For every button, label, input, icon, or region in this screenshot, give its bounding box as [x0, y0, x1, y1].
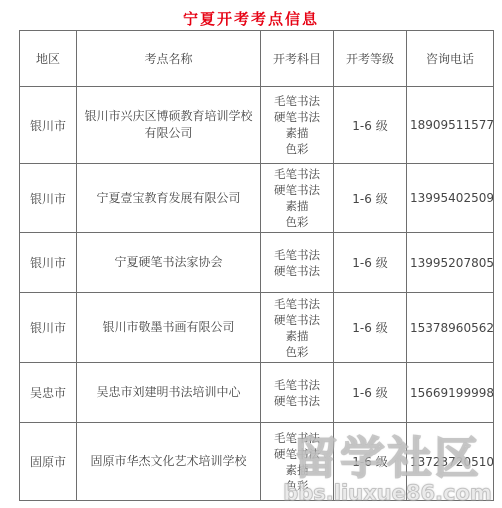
level-cell: 1-6 级 [334, 233, 407, 293]
site-name-cell: 银川市敬墨书画有限公司 [77, 293, 261, 363]
table-row: 银川市宁夏硬笔书法家协会毛笔书法硬笔书法1-6 级13995207805 [20, 233, 494, 293]
site-name-cell: 宁夏壹宝教育发展有限公司 [77, 164, 261, 233]
column-header-subjects: 开考科目 [261, 31, 334, 87]
subject-line: 毛笔书法 [264, 247, 330, 263]
phone-cell: 15378960562 [407, 293, 494, 363]
phone-cell: 13995402509 [407, 164, 494, 233]
level-cell: 1-6 级 [334, 423, 407, 501]
subject-line: 硬笔书法 [264, 312, 330, 328]
subjects-cell: 毛笔书法硬笔书法 [261, 233, 334, 293]
site-name-cell: 宁夏硬笔书法家协会 [77, 233, 261, 293]
column-header-level: 开考等级 [334, 31, 407, 87]
site-name-cell: 吴忠市刘建明书法培训中心 [77, 363, 261, 423]
exam-sites-table: 地区 考点名称 开考科目 开考等级 咨询电话 银川市银川市兴庆区博硕教育培训学校… [19, 30, 494, 501]
level-cell: 1-6 级 [334, 363, 407, 423]
table-header-row: 地区 考点名称 开考科目 开考等级 咨询电话 [20, 31, 494, 87]
subject-line: 素描 [264, 462, 330, 478]
column-header-site: 考点名称 [77, 31, 261, 87]
table-row: 银川市银川市兴庆区博硕教育培训学校有限公司毛笔书法硬笔书法素描色彩1-6 级18… [20, 87, 494, 164]
phone-cell: 15669199998 [407, 363, 494, 423]
subject-line: 色彩 [264, 214, 330, 230]
subject-line: 色彩 [264, 478, 330, 494]
page: 宁夏开考考点信息 地区 考点名称 开考科目 开考等级 咨询电话 银川市银川市兴庆… [0, 0, 502, 508]
subject-line: 硬笔书法 [264, 446, 330, 462]
level-cell: 1-6 级 [334, 164, 407, 233]
subjects-cell: 毛笔书法硬笔书法 [261, 363, 334, 423]
site-name-cell: 固原市华杰文化艺术培训学校 [77, 423, 261, 501]
phone-cell: 13995207805 [407, 233, 494, 293]
level-cell: 1-6 级 [334, 293, 407, 363]
site-name-cell: 银川市兴庆区博硕教育培训学校有限公司 [77, 87, 261, 164]
table-row: 银川市宁夏壹宝教育发展有限公司毛笔书法硬笔书法素描色彩1-6 级13995402… [20, 164, 494, 233]
region-cell: 银川市 [20, 87, 77, 164]
subject-line: 毛笔书法 [264, 430, 330, 446]
subject-line: 毛笔书法 [264, 296, 330, 312]
region-cell: 银川市 [20, 164, 77, 233]
column-header-phone: 咨询电话 [407, 31, 494, 87]
subject-line: 素描 [264, 328, 330, 344]
subject-line: 毛笔书法 [264, 166, 330, 182]
subject-line: 色彩 [264, 141, 330, 157]
subject-line: 素描 [264, 125, 330, 141]
subject-line: 硬笔书法 [264, 109, 330, 125]
subject-line: 色彩 [264, 344, 330, 360]
level-cell: 1-6 级 [334, 87, 407, 164]
subjects-cell: 毛笔书法硬笔书法素描色彩 [261, 87, 334, 164]
table-row: 固原市固原市华杰文化艺术培训学校毛笔书法硬笔书法素描色彩1-6 级1372372… [20, 423, 494, 501]
region-cell: 银川市 [20, 233, 77, 293]
subject-line: 素描 [264, 198, 330, 214]
table-row: 吴忠市吴忠市刘建明书法培训中心毛笔书法硬笔书法1-6 级15669199998 [20, 363, 494, 423]
subjects-cell: 毛笔书法硬笔书法素描色彩 [261, 164, 334, 233]
subject-line: 毛笔书法 [264, 377, 330, 393]
subjects-cell: 毛笔书法硬笔书法素描色彩 [261, 293, 334, 363]
region-cell: 银川市 [20, 293, 77, 363]
subject-line: 硬笔书法 [264, 393, 330, 409]
subject-line: 硬笔书法 [264, 182, 330, 198]
subject-line: 毛笔书法 [264, 93, 330, 109]
phone-cell: 18909511577 [407, 87, 494, 164]
subject-line: 硬笔书法 [264, 263, 330, 279]
column-header-region: 地区 [20, 31, 77, 87]
phone-cell: 13723720510 [407, 423, 494, 501]
region-cell: 固原市 [20, 423, 77, 501]
table-row: 银川市银川市敬墨书画有限公司毛笔书法硬笔书法素描色彩1-6 级153789605… [20, 293, 494, 363]
page-title: 宁夏开考考点信息 [0, 0, 502, 30]
subjects-cell: 毛笔书法硬笔书法素描色彩 [261, 423, 334, 501]
region-cell: 吴忠市 [20, 363, 77, 423]
